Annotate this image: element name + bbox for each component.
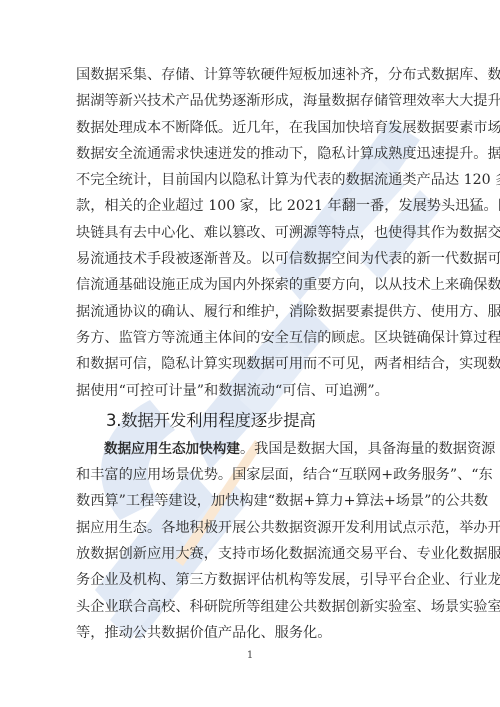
- paragraph-lead-rest: 。我国是数据大国，具备海量的数据资源: [240, 441, 495, 457]
- text-line: 易流通技术手段被逐渐普及。以可信数据空间为代表的新一代数据可: [76, 246, 426, 272]
- text-line-first: 数据应用生态加快构建。我国是数据大国，具备海量的数据资源: [76, 436, 426, 462]
- text-line: 等，推动公共数据价值产品化、服务化。: [76, 620, 426, 646]
- text-line: 信流通基础设施正成为国内外探索的重要方向，以从技术上来确保数: [76, 272, 426, 298]
- text-line: 国数据采集、存储、计算等软硬件短板加速补齐，分布式数据库、数: [76, 62, 426, 88]
- text-line: 不完全统计，目前国内以隐私计算为代表的数据流通类产品达 120 多: [76, 167, 426, 193]
- text-line: 数据安全流通需求快速迸发的推动下，隐私计算成熟度迅速提升。据: [76, 141, 426, 167]
- document-page: 国数据采集、存储、计算等软硬件短板加速补齐，分布式数据库、数 据湖等新兴技术产品…: [0, 0, 500, 707]
- text-line: 数据处理成本不断降低。近几年，在我国加快培育发展数据要素市场、: [76, 115, 426, 141]
- text-line: 务方、监管方等流通主体间的安全互信的顾虑。区块链确保计算过程: [76, 325, 426, 351]
- document-body: 国数据采集、存储、计算等软硬件短板加速补齐，分布式数据库、数 据湖等新兴技术产品…: [76, 62, 426, 646]
- paragraph-lead-bold: 数据应用生态加快构建: [104, 441, 240, 457]
- paragraph-1: 国数据采集、存储、计算等软硬件短板加速补齐，分布式数据库、数 据湖等新兴技术产品…: [76, 62, 426, 404]
- text-line: 和丰富的应用场景优势。国家层面，结合“互联网+政务服务”、“东: [76, 462, 426, 488]
- text-line: 放数据创新应用大赛，支持市场化数据流通交易平台、专业化数据服: [76, 541, 426, 567]
- text-line: 据流通协议的确认、履行和维护，消除数据要素提供方、使用方、服: [76, 299, 426, 325]
- page-number: 1: [0, 650, 500, 661]
- text-line: 款，相关的企业超过 100 家，比 2021 年翻一番，发展势头迅猛。区: [76, 193, 426, 219]
- text-line: 据应用生态。各地积极开展公共数据资源开发利用试点示范，举办开: [76, 515, 426, 541]
- section-heading: 3.数据开发利用程度逐步提高: [76, 406, 426, 436]
- text-line: 头企业联合高校、科研院所等组建公共数据创新实验室、场景实验室: [76, 594, 426, 620]
- text-line: 和数据可信，隐私计算实现数据可用而不可见，两者相结合，实现数: [76, 351, 426, 377]
- text-line: 据湖等新兴技术产品优势逐渐形成，海量数据存储管理效率大大提升，: [76, 88, 426, 114]
- text-line: 务企业及机构、第三方数据评估机构等发展，引导平台企业、行业龙: [76, 567, 426, 593]
- text-line: 块链具有去中心化、难以篡改、可溯源等特点，也使得其作为数据交: [76, 220, 426, 246]
- paragraph-2: 数据应用生态加快构建。我国是数据大国，具备海量的数据资源 和丰富的应用场景优势。…: [76, 436, 426, 646]
- text-line: 数西算”工程等建设，加快构建“数据+算力+算法+场景”的公共数: [76, 488, 426, 514]
- text-line: 据使用“可控可计量”和数据流动“可信、可追溯”。: [76, 378, 426, 404]
